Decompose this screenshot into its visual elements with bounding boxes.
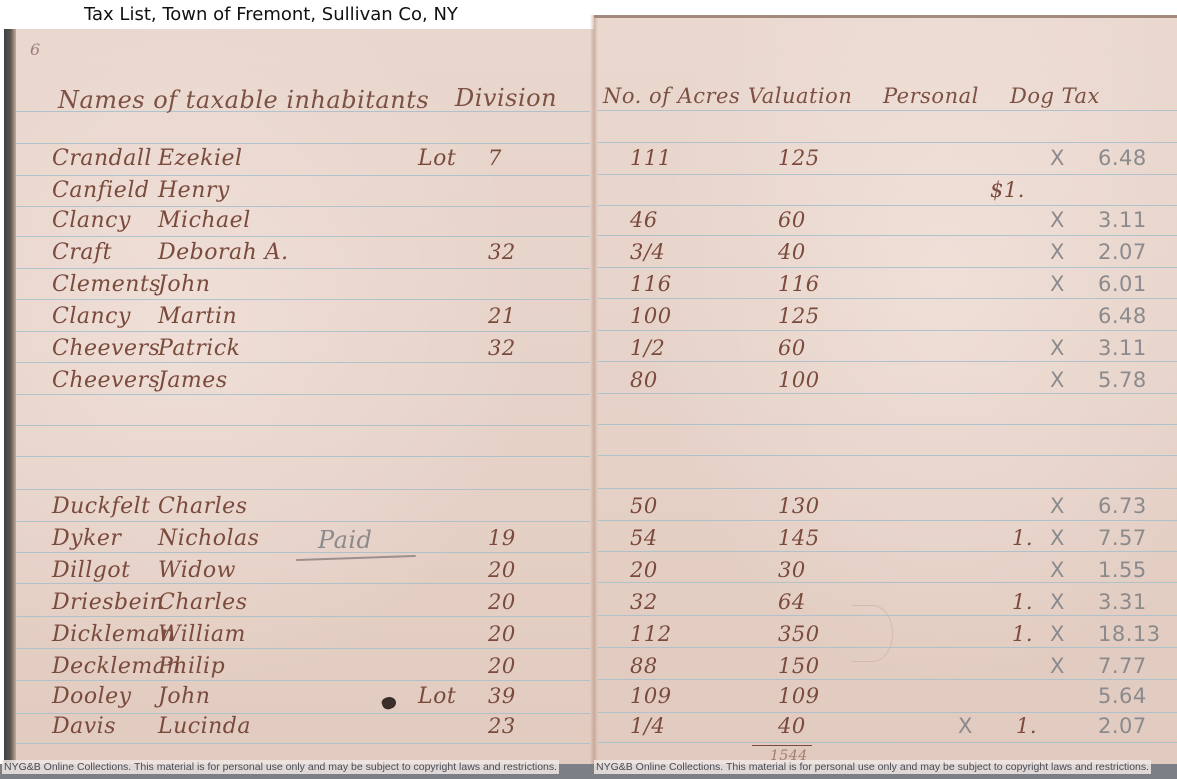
cell-tax: 3.11 (1098, 338, 1147, 359)
ruled-line (598, 142, 1177, 143)
cell-valuation: 64 (778, 592, 806, 613)
page-number: 6 (30, 42, 41, 58)
cell-tax: 18.13 (1098, 624, 1161, 645)
cell-tax: 2.07 (1098, 716, 1147, 737)
header-division: Division (455, 86, 557, 110)
cell-tax: 6.48 (1098, 306, 1147, 327)
cell-dog: X (1050, 274, 1065, 295)
ruled-line (16, 616, 590, 617)
ruled-line (16, 299, 590, 300)
cell-surname: Clements (52, 274, 161, 296)
cell-division: 23 (488, 716, 516, 737)
cell-acres: 109 (630, 686, 672, 707)
cell-valuation: 350 (778, 624, 820, 645)
cell-valuation: 40 (778, 242, 806, 263)
cell-dog: X (1050, 592, 1065, 613)
ruled-line (16, 236, 590, 237)
watermark-right: NYG&B Online Collections. This material … (594, 760, 1151, 774)
ruled-line (16, 268, 590, 269)
cell-valuation: 109 (778, 686, 820, 707)
cell-given: John (158, 686, 210, 708)
cell-division: 32 (488, 242, 516, 263)
cell-given: James (158, 370, 228, 392)
cell-surname: Dooley (52, 686, 132, 708)
ruled-line (598, 520, 1177, 521)
ruled-line (16, 456, 590, 457)
ruled-line (598, 488, 1177, 489)
header-personal: Personal (883, 86, 979, 107)
ruled-line (16, 425, 590, 426)
cell-surname: Craft (52, 242, 112, 264)
ruled-line (598, 110, 1177, 111)
cell-given: Deborah A. (158, 242, 289, 264)
cell-dog: X (1050, 242, 1065, 263)
cell-division: 19 (488, 528, 516, 549)
cell-acres: 116 (630, 274, 672, 295)
cell-tax: 2.07 (1098, 242, 1147, 263)
cell-surname: Canfield (52, 180, 149, 202)
cell-tax: 6.48 (1098, 148, 1147, 169)
ruled-line (598, 235, 1177, 236)
ruled-line (598, 361, 1177, 362)
ruled-line (598, 330, 1177, 331)
cell-valuation: 145 (778, 528, 820, 549)
cell-acres: 3/4 (630, 242, 665, 263)
ruled-line (16, 489, 590, 490)
cell-surname: Cheevers (52, 338, 160, 360)
cell-given: William (158, 624, 246, 646)
cell-given: Michael (158, 210, 251, 232)
cell-dog: X (1050, 560, 1065, 581)
cell-valuation: 130 (778, 496, 820, 517)
cell-given: Nicholas (158, 528, 259, 550)
cell-dog: X (1050, 210, 1065, 231)
cell-division: 20 (488, 656, 516, 677)
ruled-line (16, 552, 590, 553)
ruled-line (16, 648, 590, 649)
cell-tax: 6.73 (1098, 496, 1147, 517)
ruled-line (598, 455, 1177, 456)
ruled-line (598, 205, 1177, 206)
watermark-left: NYG&B Online Collections. This material … (2, 760, 559, 774)
ruled-line (16, 743, 590, 744)
page-gutter (590, 15, 598, 764)
cell-valuation: 116 (778, 274, 820, 295)
ruled-line (598, 393, 1177, 394)
cell-acres: 100 (630, 306, 672, 327)
cell-surname: Dickleman (52, 624, 175, 646)
cell-surname: Duckfelt (52, 496, 151, 518)
cell-acres: 80 (630, 370, 658, 391)
cell-given: Henry (158, 180, 230, 202)
cell-dog: X (1050, 528, 1065, 549)
scanned-ledger: Tax List, Town of Fremont, Sullivan Co, … (0, 0, 1177, 779)
cell-tax: 6.01 (1098, 274, 1147, 295)
cell-lot-prefix: Lot (418, 148, 456, 170)
ruled-line (16, 583, 590, 584)
cell-acres: 1/4 (630, 716, 665, 737)
ruled-line (598, 298, 1177, 299)
cell-dog: X (1050, 496, 1065, 517)
cell-division: 7 (488, 148, 502, 169)
cell-given: Martin (158, 306, 237, 328)
ruled-line (598, 712, 1177, 713)
cell-dog: X (1050, 338, 1065, 359)
cell-given: Charles (158, 592, 247, 614)
cell-personal: X (958, 716, 973, 737)
cell-tax: 7.57 (1098, 528, 1147, 549)
cell-valuation: 150 (778, 656, 820, 677)
payment-note: $1. (990, 180, 1025, 201)
cell-valuation: 125 (778, 306, 820, 327)
header-names: Names of taxable inhabitants (58, 88, 429, 112)
cell-given: John (158, 274, 210, 296)
cell-division: 20 (488, 592, 516, 613)
cell-division: 21 (488, 306, 516, 327)
cell-acres: 88 (630, 656, 658, 677)
title-line-1: Tax List, Town of Fremont, Sullivan Co, … (84, 3, 458, 26)
cell-surname: Clancy (52, 306, 131, 328)
cell-division: 39 (488, 686, 516, 707)
cell-acres: 112 (630, 624, 672, 645)
cell-personal: 1. (1012, 528, 1033, 549)
header-dog-tax: Dog Tax (1010, 86, 1100, 107)
cell-given: Philip (158, 656, 225, 678)
paid-annotation: Paid (318, 528, 372, 552)
book-binding (4, 29, 16, 764)
cell-acres: 111 (630, 148, 672, 169)
sum-line (752, 745, 812, 746)
ruled-line (16, 362, 590, 363)
cell-surname: Dyker (52, 528, 121, 550)
header-acres: No. of Acres (603, 86, 740, 107)
ruled-line (598, 424, 1177, 425)
cell-valuation: 60 (778, 210, 806, 231)
ruled-line (16, 143, 590, 144)
cell-tax: 3.11 (1098, 210, 1147, 231)
cell-given: Ezekiel (158, 148, 243, 170)
ruled-line (598, 582, 1177, 583)
page-tear (852, 605, 893, 662)
cell-surname: Cheevers (52, 370, 160, 392)
cell-surname: Davis (52, 716, 116, 738)
cell-division: 20 (488, 560, 516, 581)
cell-tax: 5.64 (1098, 686, 1147, 707)
cell-personal: 1. (1012, 592, 1033, 613)
cell-tax: 1.55 (1098, 560, 1147, 581)
ruled-line (16, 394, 590, 395)
cell-valuation: 40 (778, 716, 806, 737)
cell-valuation: 125 (778, 148, 820, 169)
ruled-line (16, 331, 590, 332)
cell-dog: X (1050, 370, 1065, 391)
cell-valuation: 30 (778, 560, 806, 581)
ruled-line (16, 206, 590, 207)
cell-acres: 1/2 (630, 338, 665, 359)
header-valuation: Valuation (748, 86, 852, 107)
cell-dog: X (1050, 148, 1065, 169)
cell-given: Charles (158, 496, 247, 518)
cell-valuation: 60 (778, 338, 806, 359)
cell-valuation: 100 (778, 370, 820, 391)
cell-given: Patrick (158, 338, 240, 360)
cell-surname: Clancy (52, 210, 131, 232)
cell-given: Lucinda (158, 716, 251, 738)
cell-dog: X (1050, 624, 1065, 645)
cell-acres: 50 (630, 496, 658, 517)
cell-acres: 46 (630, 210, 658, 231)
ruled-line (16, 521, 590, 522)
cell-acres: 32 (630, 592, 658, 613)
cell-tax: 3.31 (1098, 592, 1147, 613)
cell-lot-prefix: Lot (418, 686, 456, 708)
cell-acres: 54 (630, 528, 658, 549)
cell-given: Widow (158, 560, 236, 582)
cell-dog: X (1050, 656, 1065, 677)
cell-surname: Crandall (52, 148, 152, 170)
ruled-line (598, 174, 1177, 175)
ruled-line (598, 679, 1177, 680)
ruled-line (16, 680, 590, 681)
cell-surname: Driesbein (52, 592, 164, 614)
cell-surname: Dillgot (52, 560, 130, 582)
ruled-line (16, 175, 590, 176)
cell-division: 32 (488, 338, 516, 359)
ruled-line (598, 267, 1177, 268)
cell-personal: 1. (1012, 624, 1033, 645)
ruled-line (598, 551, 1177, 552)
cell-dog: 1. (1016, 716, 1037, 737)
cell-acres: 20 (630, 560, 658, 581)
ruled-line (598, 742, 1177, 743)
cell-tax: 5.78 (1098, 370, 1147, 391)
cell-tax: 7.77 (1098, 656, 1147, 677)
cell-division: 20 (488, 624, 516, 645)
